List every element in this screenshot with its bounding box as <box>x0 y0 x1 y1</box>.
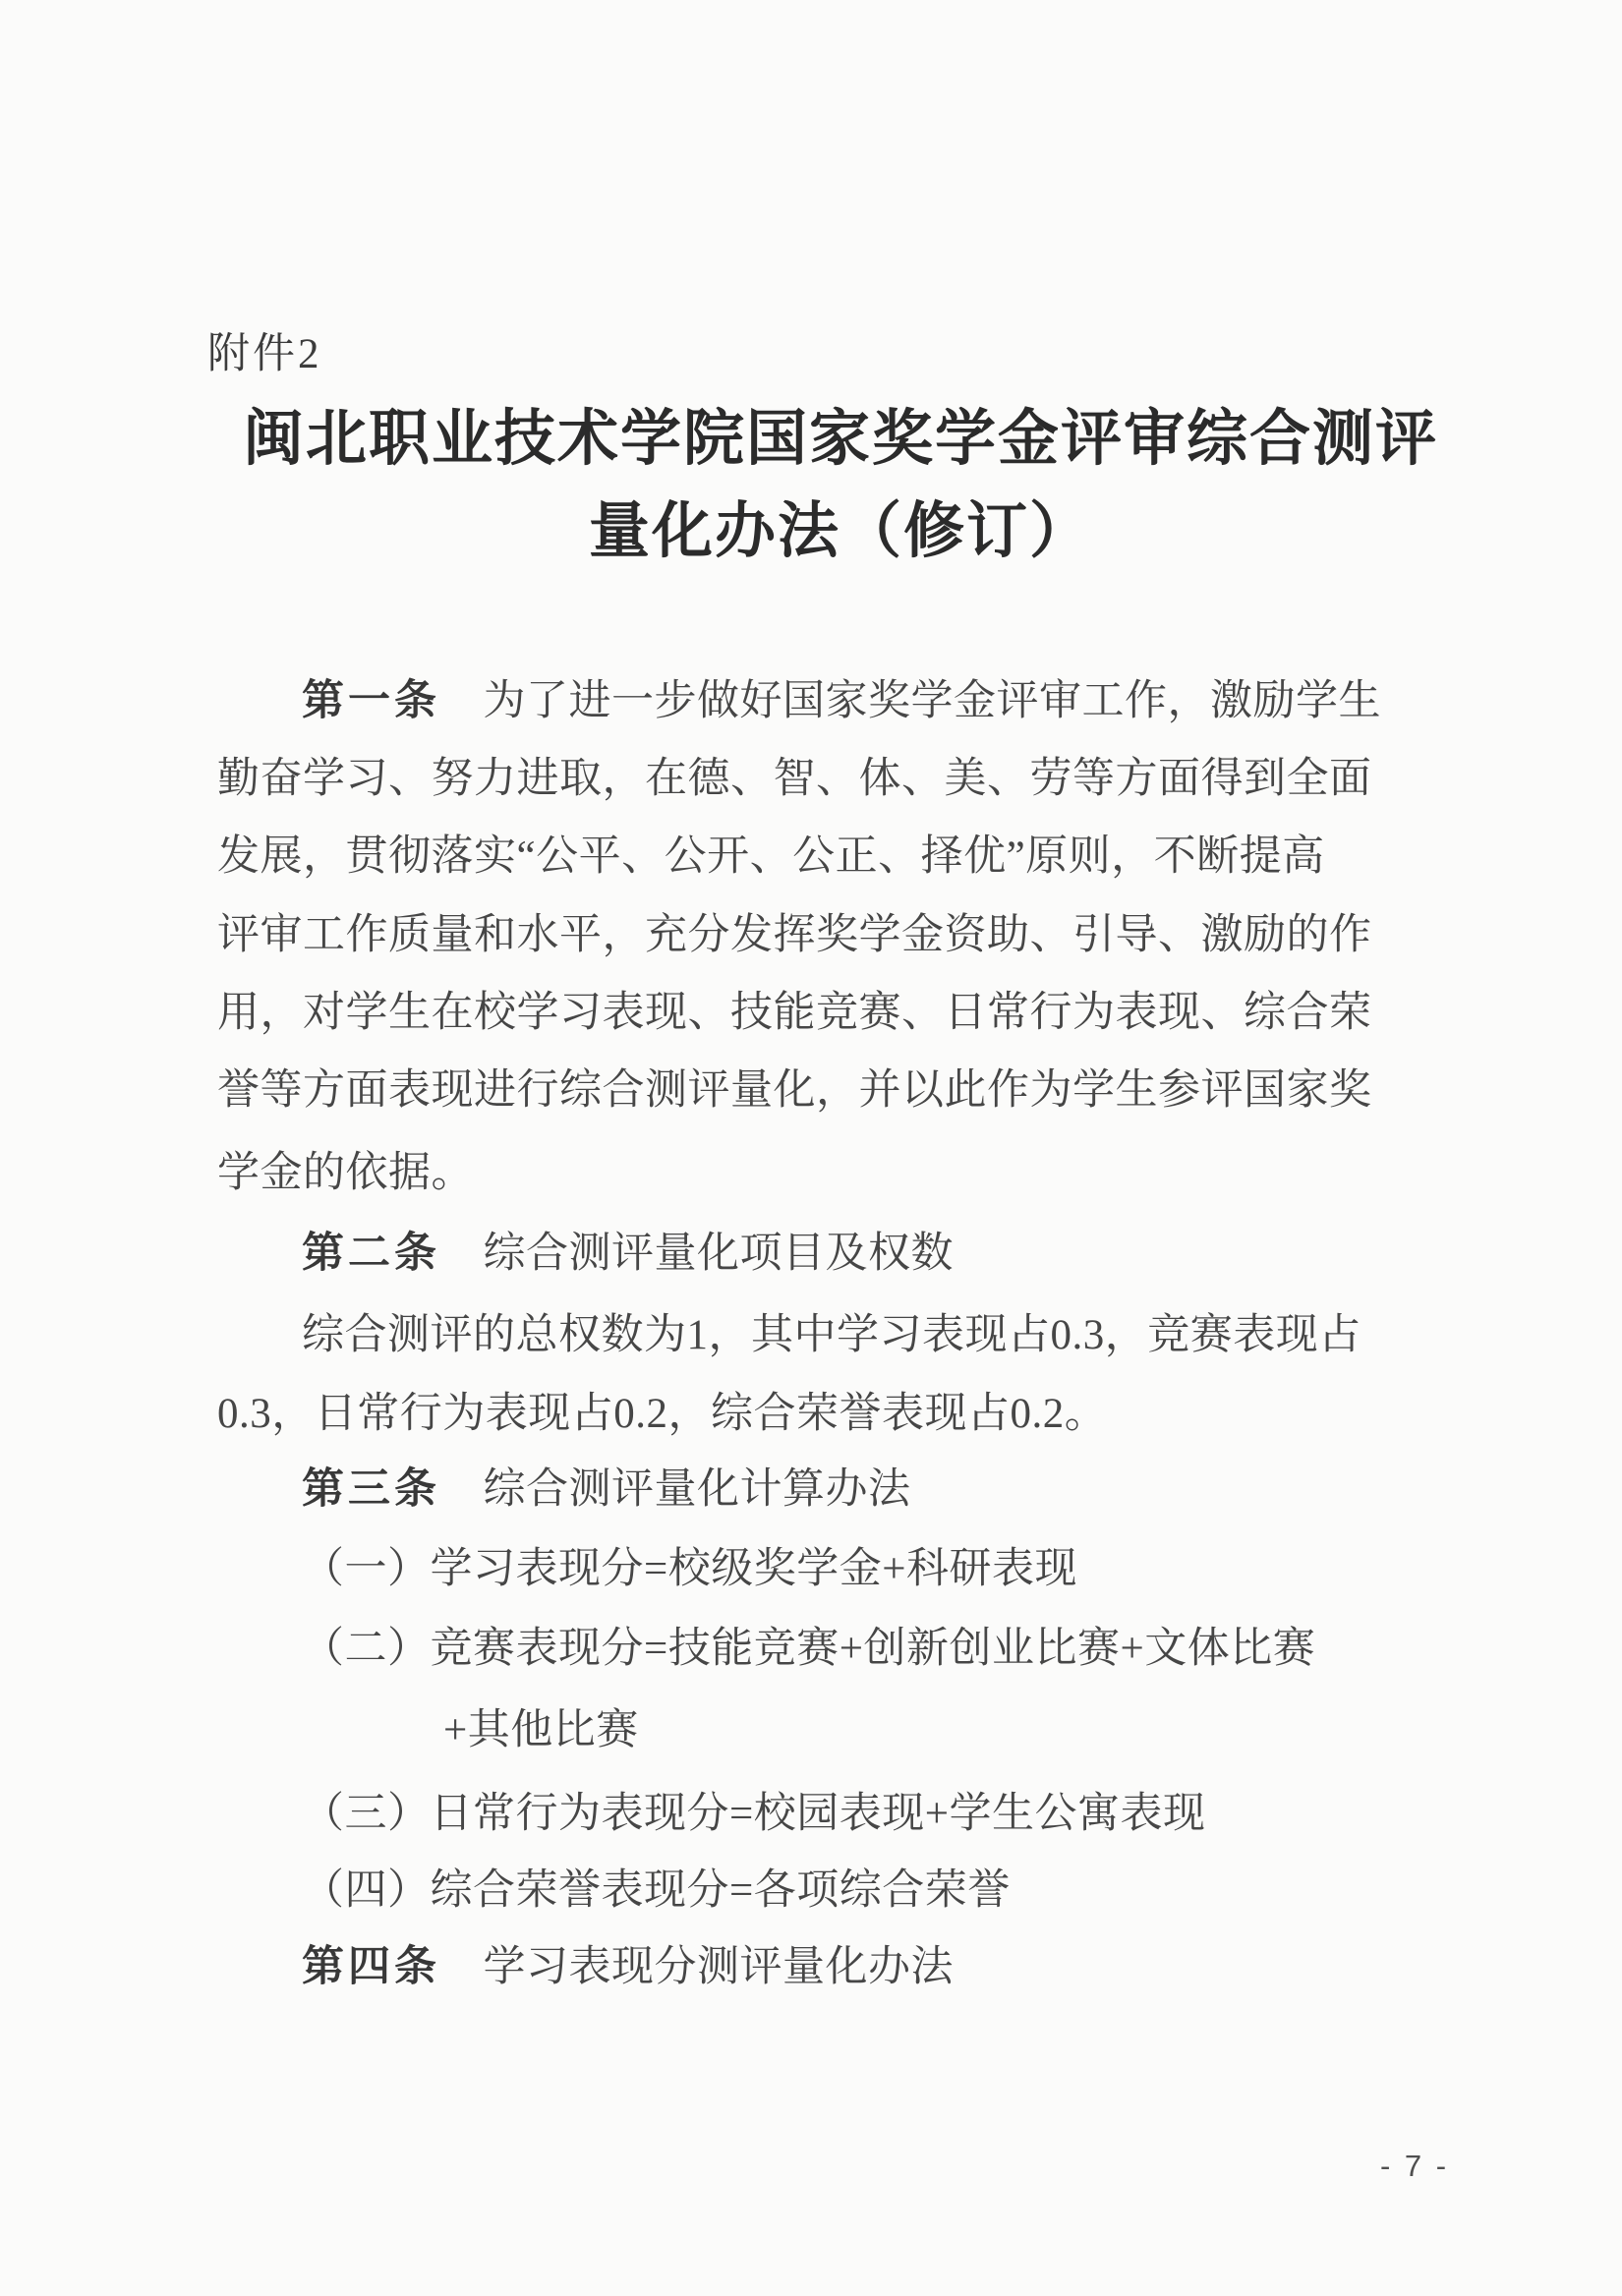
text-line-article1-7: 学金的依据。 <box>217 1150 1485 1196</box>
line-text: （一）学习表现分=校级奖学金+科研表现 <box>302 1546 1077 1592</box>
line-text: +其他比赛 <box>443 1707 639 1753</box>
text-line-article1-3: 发展，贯彻落实“公平、公开、公正、择优”原则，不断提高 <box>217 833 1485 880</box>
text-line-article2-1: 综合测评的总权数为1，其中学习表现占0.3，竞赛表现占 <box>217 1312 1570 1358</box>
text-line-article1-1: 第一条 为了进一步做好国家奖学金评审工作，激励学生 <box>217 678 1570 724</box>
line-text: （三）日常行为表现分=校园表现+学生公寓表现 <box>302 1791 1206 1837</box>
line-text: 综合测评量化计算办法 <box>440 1466 911 1513</box>
text-line-article3-item3: （三）日常行为表现分=校园表现+学生公寓表现 <box>217 1791 1570 1837</box>
line-text: 学习表现分测评量化办法 <box>440 1944 954 1990</box>
line-text: 勤奋学习、努力进取，在德、智、体、美、劳等方面得到全面 <box>217 756 1372 802</box>
text-line-article2-heading: 第二条 综合测评量化项目及权数 <box>217 1231 1570 1277</box>
line-text: 综合测评的总权数为1，其中学习表现占0.3，竞赛表现占 <box>302 1312 1361 1358</box>
page-number: - 7 - <box>1380 2149 1449 2184</box>
text-line-article1-5: 用，对学生在校学习表现、技能竞赛、日常行为表现、综合荣 <box>217 990 1485 1036</box>
article-number: 第三条 <box>302 1466 440 1513</box>
text-line-article4-heading: 第四条 学习表现分测评量化办法 <box>217 1944 1570 1990</box>
text-line-article3-item2-cont: +其他比赛 <box>217 1707 1622 1753</box>
line-text: 为了进一步做好国家奖学金评审工作，激励学生 <box>440 678 1381 724</box>
line-text: （四）综合荣誉表现分=各项综合荣誉 <box>302 1867 1011 1914</box>
article-number: 第一条 <box>302 678 440 724</box>
line-text: 誉等方面表现进行综合测评量化，并以此作为学生参评国家奖 <box>217 1067 1372 1114</box>
text-line-article2-2: 0.3，日常行为表现占0.2，综合荣誉表现占0.2。 <box>217 1391 1485 1437</box>
line-text: 综合测评量化项目及权数 <box>440 1231 954 1277</box>
line-text: 评审工作质量和水平，充分发挥奖学金资助、引导、激励的作 <box>217 912 1372 958</box>
text-line-article3-item4: （四）综合荣誉表现分=各项综合荣誉 <box>217 1867 1570 1914</box>
line-text: 学金的依据。 <box>217 1150 474 1196</box>
attachment-label: 附件2 <box>207 320 322 380</box>
text-line-article3-item2: （二）竞赛表现分=技能竞赛+创新创业比赛+文体比赛 <box>217 1626 1570 1672</box>
document-title-line1: 闽北职业技术学院国家奖学金评审综合测评 <box>187 389 1494 477</box>
line-text: 用，对学生在校学习表现、技能竞赛、日常行为表现、综合荣 <box>217 990 1372 1036</box>
text-line-article1-2: 勤奋学习、努力进取，在德、智、体、美、劳等方面得到全面 <box>217 756 1485 802</box>
scanned-document-page: 附件2 闽北职业技术学院国家奖学金评审综合测评 量化办法（修订） 第一条 为了进… <box>0 0 1622 2296</box>
text-line-article3-heading: 第三条 综合测评量化计算办法 <box>217 1466 1570 1513</box>
line-text: 发展，贯彻落实“公平、公开、公正、择优”原则，不断提高 <box>217 833 1325 880</box>
line-text: （二）竞赛表现分=技能竞赛+创新创业比赛+文体比赛 <box>302 1626 1315 1672</box>
text-line-article1-4: 评审工作质量和水平，充分发挥奖学金资助、引导、激励的作 <box>217 912 1485 958</box>
article-number: 第二条 <box>302 1231 440 1277</box>
article-number: 第四条 <box>302 1944 440 1990</box>
text-line-article1-6: 誉等方面表现进行综合测评量化，并以此作为学生参评国家奖 <box>217 1067 1485 1114</box>
document-title-line2: 量化办法（修订） <box>187 482 1494 569</box>
line-text: 0.3，日常行为表现占0.2，综合荣誉表现占0.2。 <box>217 1391 1107 1437</box>
text-line-article3-item1: （一）学习表现分=校级奖学金+科研表现 <box>217 1546 1570 1592</box>
